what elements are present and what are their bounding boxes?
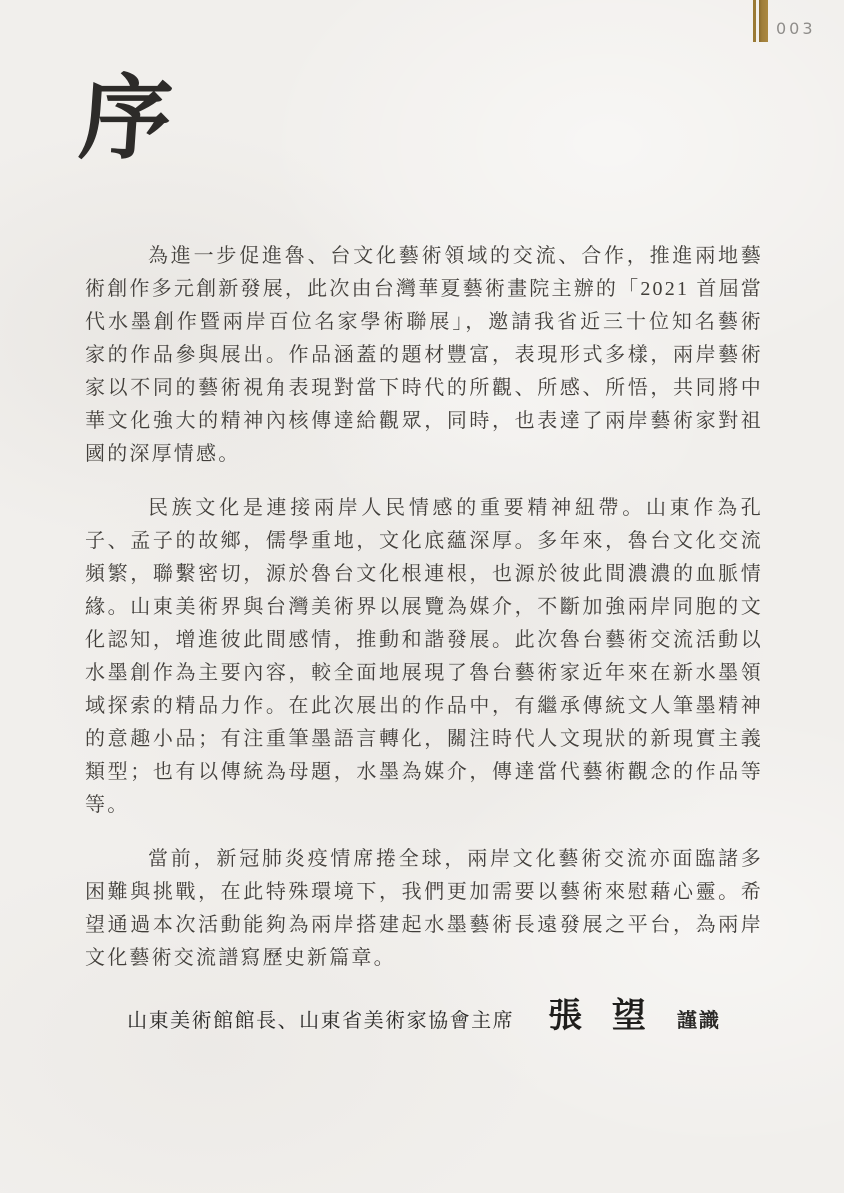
signature-line: 山東美術館館長、山東省美術家協會主席 張 望 謹識	[85, 988, 763, 1037]
document-page: 003 序 為進一步促進魯、台文化藝術領域的交流、合作，推進兩地藝術創作多元創新…	[0, 0, 844, 1193]
preface-body: 為進一步促進魯、台文化藝術領域的交流、合作，推進兩地藝術創作多元創新發展，此次由…	[85, 240, 763, 975]
page-number: 003	[776, 19, 816, 38]
signature-suffix: 謹識	[677, 1004, 721, 1033]
preface-paragraph-1: 為進一步促進魯、台文化藝術領域的交流、合作，推進兩地藝術創作多元創新發展，此次由…	[85, 240, 763, 471]
preface-paragraph-2: 民族文化是連接兩岸人民情感的重要精神紐帶。山東作為孔子、孟子的故鄉，儒學重地，文…	[85, 492, 763, 822]
signature-titles: 山東美術館館長、山東省美術家協會主席	[127, 1004, 514, 1033]
page-title: 序	[77, 72, 175, 164]
preface-paragraph-3: 當前，新冠肺炎疫情席捲全球，兩岸文化藝術交流亦面臨諸多困難與挑戰，在此特殊環境下…	[85, 843, 763, 975]
signature-name: 張 望	[548, 988, 655, 1037]
gold-stripes-ornament	[753, 0, 768, 42]
